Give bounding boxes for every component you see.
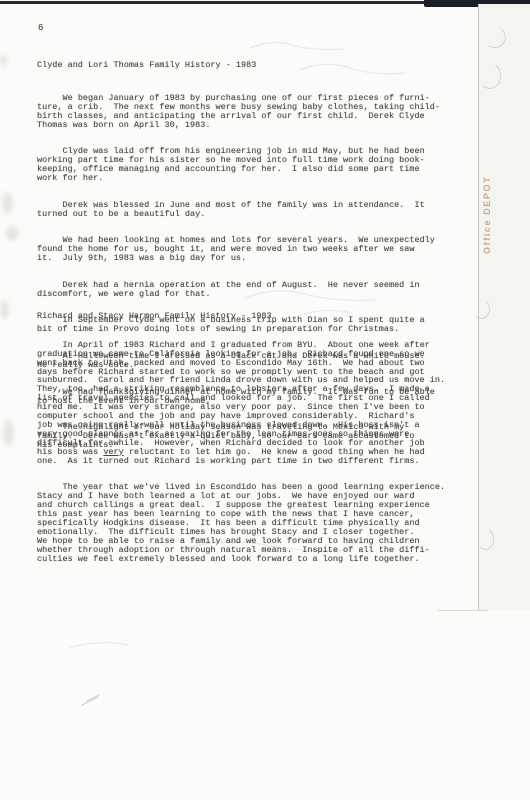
paragraph-text: In April of 1983 Richard and I graduated… [37,340,445,457]
paragraph: We had been looking at homes and lots fo… [37,236,440,263]
scan-smudge [0,300,9,319]
paragraph: The year that we've lived in Escondido h… [37,483,445,563]
paragraph: We began January of 1983 by purchasing o… [37,94,440,130]
paragraph: Clyde was laid off from his engineering … [37,147,440,183]
scanned-page: Office DEPOT 6 Clyde and Lori Thomas Fam… [0,0,530,800]
paragraph: Derek had a hernia operation at the end … [37,281,440,299]
paragraph: In April of 1983 Richard and I graduated… [37,341,445,466]
section2-body: In April of 1983 Richard and I graduated… [37,323,445,581]
scan-smudge [6,226,19,241]
scan-smudge [0,54,7,67]
section1-heading: Clyde and Lori Thomas Family History - 1… [37,61,256,70]
section2-heading: Richard and Stacy Harmon Family History … [37,312,272,321]
page-number: 6 [38,24,43,33]
paragraph: Derek was blessed in June and most of th… [37,201,440,219]
scan-smudge [2,192,13,214]
page-stack-bottom-line [438,610,488,611]
office-depot-watermark: Office DEPOT [482,134,492,254]
scan-smudge [3,420,14,447]
